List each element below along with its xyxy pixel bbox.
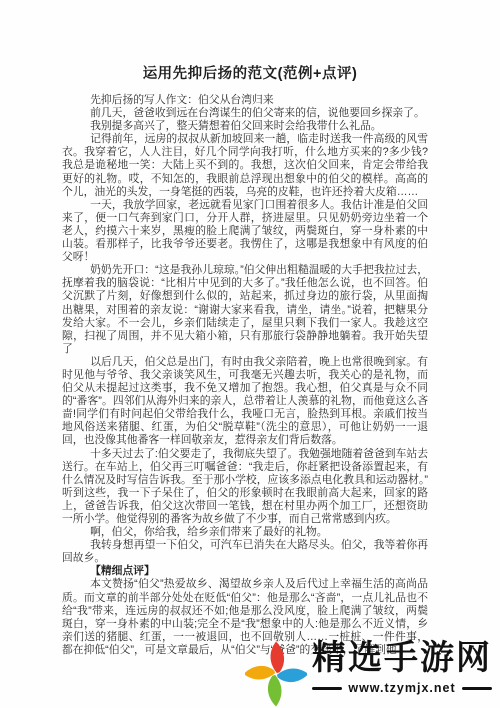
site-url: www.tzymjx.net bbox=[348, 681, 455, 695]
paragraph: 啊，伯父，你给我，给乡亲们带来了最好的礼物。 bbox=[62, 526, 428, 539]
paragraph: 十多天过去了:伯父要走了，我彻底失望了。我勉强地随着爸爸到车站去送行。在车站上，… bbox=[62, 448, 428, 527]
divider-line bbox=[312, 687, 342, 690]
watermark-text-block: 精选手游网 www.tzymjx.net bbox=[312, 638, 492, 695]
paragraph: 我别提多高兴了，整天猜想着伯父回来时会给我带什么礼品。 bbox=[62, 120, 428, 133]
paragraph: 我转身想再望一下伯父，可汽车已消失在大路尽头。伯父，我等着你再回故乡。 bbox=[62, 539, 428, 565]
review-section-header: 【精细点评】 bbox=[62, 565, 428, 578]
site-watermark: 精选手游网 www.tzymjx.net bbox=[245, 638, 492, 708]
article-body: 先抑后扬的写人作文：伯父从台湾归来 前几天，爸爸收到远在台湾谋生的伯父寄来的信，… bbox=[62, 94, 428, 657]
pinwheel-logo-icon bbox=[245, 640, 307, 708]
divider-line bbox=[462, 687, 492, 690]
paragraph: 一天，我放学回家，老远就看见家门口围着很多人。我估计准是伯父回来了，便一口气奔到… bbox=[62, 199, 428, 264]
paragraph: 前几天，爸爸收到远在台湾谋生的伯父寄来的信，说他要回乡探亲了。 bbox=[62, 107, 428, 120]
site-url-row: www.tzymjx.net bbox=[312, 681, 492, 695]
paragraph: 奶奶先开口：“这是我孙儿琼琼。”伯父伸出粗糙温暖的大手把我拉过去，抚摩着我的脑袋… bbox=[62, 264, 428, 356]
paragraph: 以后几天，伯父总是出门，有时由我父亲陪着，晚上也常很晚到家。有时见他与爷爷、我父… bbox=[62, 356, 428, 448]
document-title: 运用先抑后扬的范文(范例+点评) bbox=[0, 0, 500, 83]
site-name: 精选手游网 bbox=[312, 638, 492, 678]
document-page: 运用先抑后扬的范文(范例+点评) 先抑后扬的写人作文：伯父从台湾归来 前几天，爸… bbox=[0, 0, 500, 708]
paragraph: 先抑后扬的写人作文：伯父从台湾归来 bbox=[62, 94, 428, 107]
paragraph: 记得前年，远房的叔叔从新加坡回来一趟，临走时送我一件高级的风雪衣。我穿着它，人人… bbox=[62, 133, 428, 198]
